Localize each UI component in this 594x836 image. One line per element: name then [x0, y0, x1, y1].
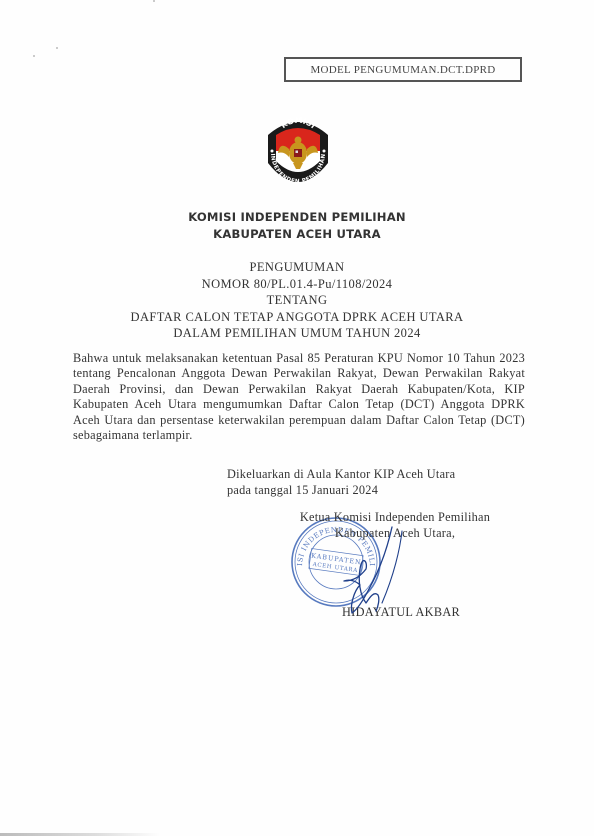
announcement-heading: PENGUMUMAN NOMOR 80/PL.01.4-Pu/1108/2024…	[0, 259, 594, 342]
organization-region: KABUPATEN ACEH UTARA	[0, 227, 594, 241]
model-label: MODEL PENGUMUMAN.DCT.DPRD	[310, 64, 495, 76]
scan-speck	[153, 0, 155, 2]
issued-block: Dikeluarkan di Aula Kantor KIP Aceh Utar…	[227, 467, 455, 498]
document-page: MODEL PENGUMUMAN.DCT.DPRD KOMISI INDEPEN…	[0, 0, 594, 836]
scan-speck	[33, 55, 35, 57]
scan-speck	[56, 47, 58, 49]
issued-place: Dikeluarkan di Aula Kantor KIP Aceh Utar…	[227, 467, 455, 483]
handwritten-signature-icon	[330, 525, 410, 617]
announcement-body: Bahwa untuk melaksanakan ketentuan Pasal…	[73, 351, 525, 443]
model-label-box: MODEL PENGUMUMAN.DCT.DPRD	[284, 57, 522, 82]
signatory-title-line1: Ketua Komisi Independen Pemilihan	[288, 510, 502, 526]
announcement-about: TENTANG	[0, 292, 594, 309]
kip-logo-garuda-icon: KOMISI INDEPENDEN PEMILIHAN	[262, 113, 334, 193]
announcement-subject-line1: DAFTAR CALON TETAP ANGGOTA DPRK ACEH UTA…	[0, 309, 594, 326]
organization-name: KOMISI INDEPENDEN PEMILIHAN	[0, 210, 594, 224]
announcement-number: NOMOR 80/PL.01.4-Pu/1108/2024	[0, 276, 594, 293]
issued-date: pada tanggal 15 Januari 2024	[227, 483, 455, 499]
announcement-title: PENGUMUMAN	[0, 259, 594, 276]
announcement-subject-line2: DALAM PEMILIHAN UMUM TAHUN 2024	[0, 325, 594, 342]
